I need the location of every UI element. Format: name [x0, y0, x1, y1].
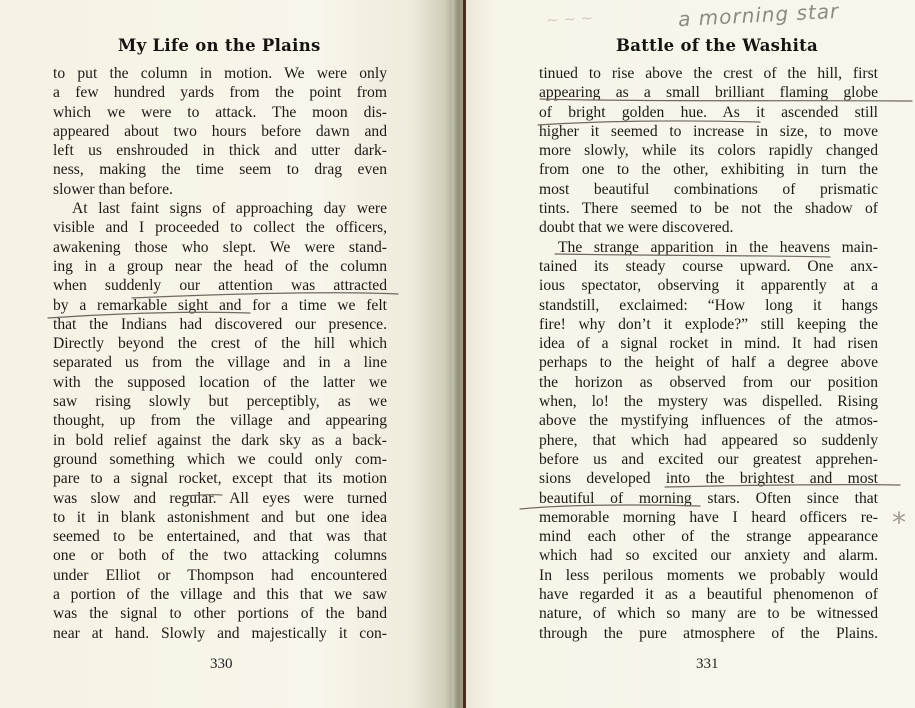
text-line: fire! why don’t it explode?” still keepi… [539, 315, 878, 334]
text-line: saw rising slowly but perceptibly, as we [53, 392, 387, 411]
text-line: that the Indians had discovered our pres… [53, 315, 387, 334]
text-line: the horizon as observed from our positio… [539, 373, 878, 392]
text-line: by a remarkable sight and for a time we … [53, 296, 387, 315]
paragraph-start-line: At last faint signs of approaching day w… [53, 199, 387, 218]
text-line: near at hand. Slowly and majestically it… [53, 624, 387, 643]
text-line: above the mystifying influences of the a… [539, 411, 878, 430]
text-line: ing in a group near the head of the colu… [53, 257, 387, 276]
text-line: thought, up from the village and appeari… [53, 411, 387, 430]
text-line: mind each other of the strange appearanc… [539, 527, 878, 546]
text-line: to it in blank astonishment and but one … [53, 508, 387, 527]
text-line: of bright golden hue. As it ascended sti… [539, 103, 878, 122]
text-line: appearing as a small brilliant flaming g… [539, 83, 878, 102]
text-line: have regarded it as a beautiful phenomen… [539, 585, 878, 604]
text-line: left us enshrouded in thick and utter da… [53, 141, 387, 160]
text-line: In less perilous moments we probably wou… [539, 566, 878, 585]
text-line: ious spectator, observing it apparently … [539, 276, 878, 295]
text-line: before us and excited our greatest appre… [539, 450, 878, 469]
running-head-left: My Life on the Plains [118, 36, 321, 55]
faint-pencil-marks: ~ ~ ~ [546, 9, 594, 29]
text-line: was the signal to other portions of the … [53, 604, 387, 623]
text-line: perhaps to the height of half a degree a… [539, 353, 878, 372]
left-page: My Life on the Plains to put the column … [0, 0, 459, 708]
text-line: ness, making the time seem to drag even [53, 160, 387, 179]
text-line: to put the column in motion. We were onl… [53, 64, 387, 83]
text-line: through the pure atmosphere of the Plain… [539, 624, 878, 643]
text-line: which had so excited our anxiety and ala… [539, 546, 878, 565]
text-line: from one to the other, exhibiting in tur… [539, 160, 878, 179]
left-page-body: to put the column in motion. We were onl… [53, 64, 387, 643]
text-line: ground something which we could only com… [53, 450, 387, 469]
paragraph-start-line: The strange apparition in the heavens ma… [539, 238, 878, 257]
text-line: doubt that we were discovered. [539, 218, 878, 237]
text-line: more slowly, while its colors rapidly ch… [539, 141, 878, 160]
text-line: when, lo! the mystery was dispelled. Ris… [539, 392, 878, 411]
text-line: was slow and regular. All eyes were turn… [53, 489, 387, 508]
text-line: Directly beyond the crest of the hill wh… [53, 334, 387, 353]
text-line: slower than before. [53, 180, 387, 199]
right-page: ~ ~ ~ a morning star Battle of the Washi… [466, 0, 915, 708]
text-line: a portion of the village and this that w… [53, 585, 387, 604]
text-line: which we were to attack. The moon dis- [53, 103, 387, 122]
text-line: standstill, exclaimed: “How long it hang… [539, 296, 878, 315]
running-head-right: Battle of the Washita [616, 36, 818, 55]
right-page-body: tinued to rise above the crest of the hi… [539, 64, 878, 643]
page-number-right: 331 [696, 656, 719, 673]
text-line: in bold relief against the dark sky as a… [53, 431, 387, 450]
handwritten-note: a morning star [677, 0, 839, 31]
text-line: memorable morning have I heard officers … [539, 508, 878, 527]
text-line: visible and I proceeded to collect the o… [53, 218, 387, 237]
text-line: tints. There seemed to be not the shadow… [539, 199, 878, 218]
text-line: idea of a signal rocket in mind. It had … [539, 334, 878, 353]
text-line: a few hundred yards from the point from [53, 83, 387, 102]
text-line: higher it seemed to increase in size, to… [539, 122, 878, 141]
margin-asterisk-mark: * [892, 506, 906, 539]
text-line: nature, of which so many are to be witne… [539, 604, 878, 623]
text-line: one or both of the two attacking columns [53, 546, 387, 565]
text-line: tinued to rise above the crest of the hi… [539, 64, 878, 83]
text-line: tained its steady course upward. One anx… [539, 257, 878, 276]
text-line: with the supposed location of the latter… [53, 373, 387, 392]
text-line: sions developed into the brightest and m… [539, 469, 878, 488]
text-line: awakening those who slept. We were stand… [53, 238, 387, 257]
text-line: when suddenly our attention was attracte… [53, 276, 387, 295]
text-line: most beautiful combinations of prismatic [539, 180, 878, 199]
text-line: pare to a signal rocket, except that its… [53, 469, 387, 488]
page-number-left: 330 [210, 656, 233, 673]
text-line: beautiful of morning stars. Often since … [539, 489, 878, 508]
text-line: seemed to be entertained, and that was t… [53, 527, 387, 546]
text-line: appeared about two hours before dawn and [53, 122, 387, 141]
text-line: separated us from the village and in a l… [53, 353, 387, 372]
text-line: phere, that which had appeared so sudden… [539, 431, 878, 450]
text-line: under Elliot or Thompson had encountered [53, 566, 387, 585]
